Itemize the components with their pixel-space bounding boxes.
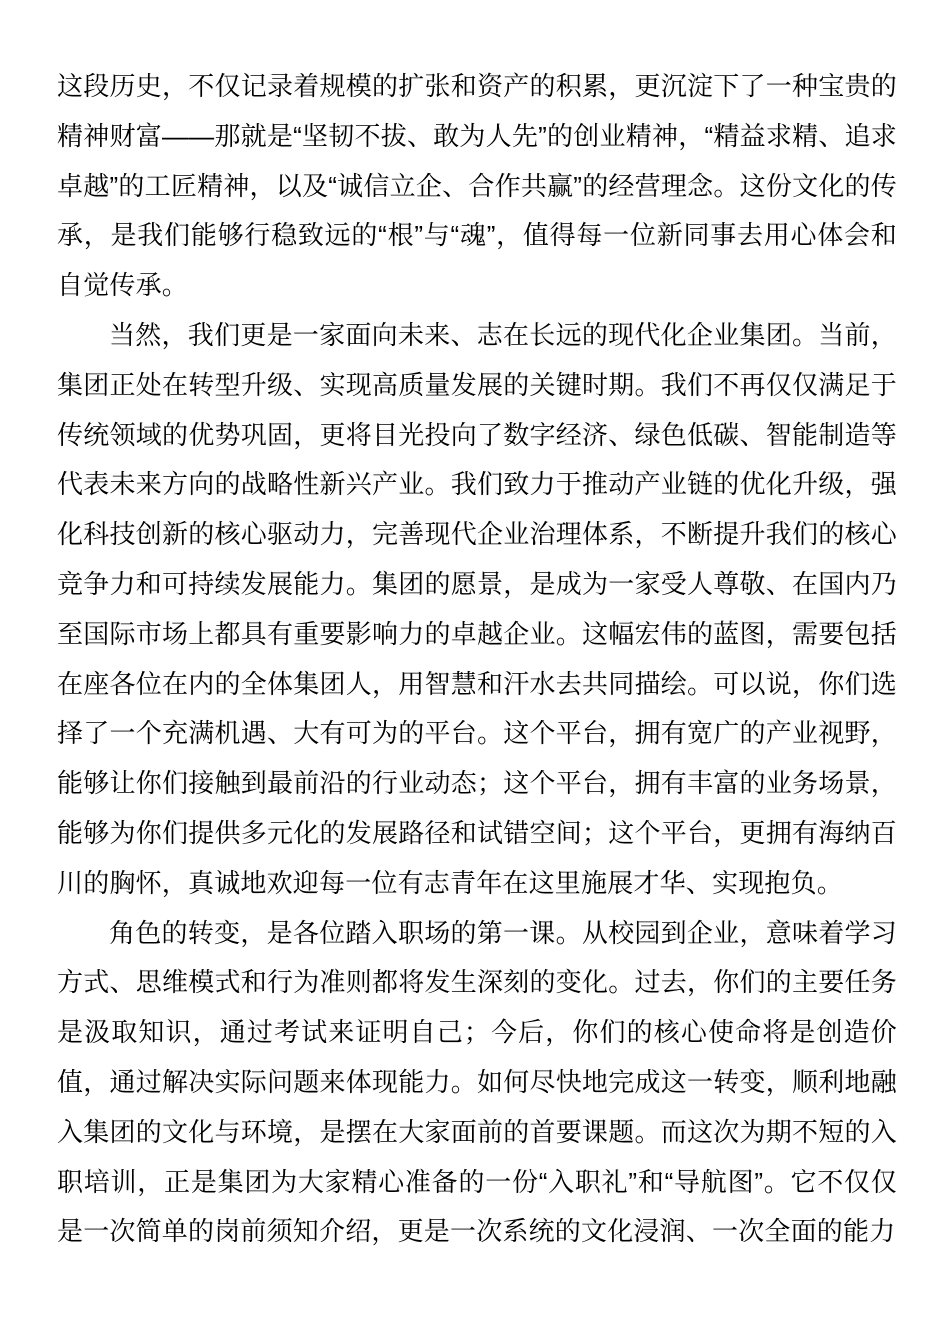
paragraph-role-transition: 角色的转变，是各位踏入职场的第一课。从校园到企业，意味着学习方式、思维模式和行为… [57,909,897,1258]
paragraph-future-vision: 当然，我们更是一家面向未来、志在长远的现代化企业集团。当前，集团正处在转型升级、… [57,311,897,909]
document-page: 这段历史，不仅记录着规模的扩张和资产的积累，更沉淀下了一种宝贵的精神财富——那就… [0,0,950,1344]
paragraph-history-culture: 这段历史，不仅记录着规模的扩张和资产的积累，更沉淀下了一种宝贵的精神财富——那就… [57,62,897,311]
